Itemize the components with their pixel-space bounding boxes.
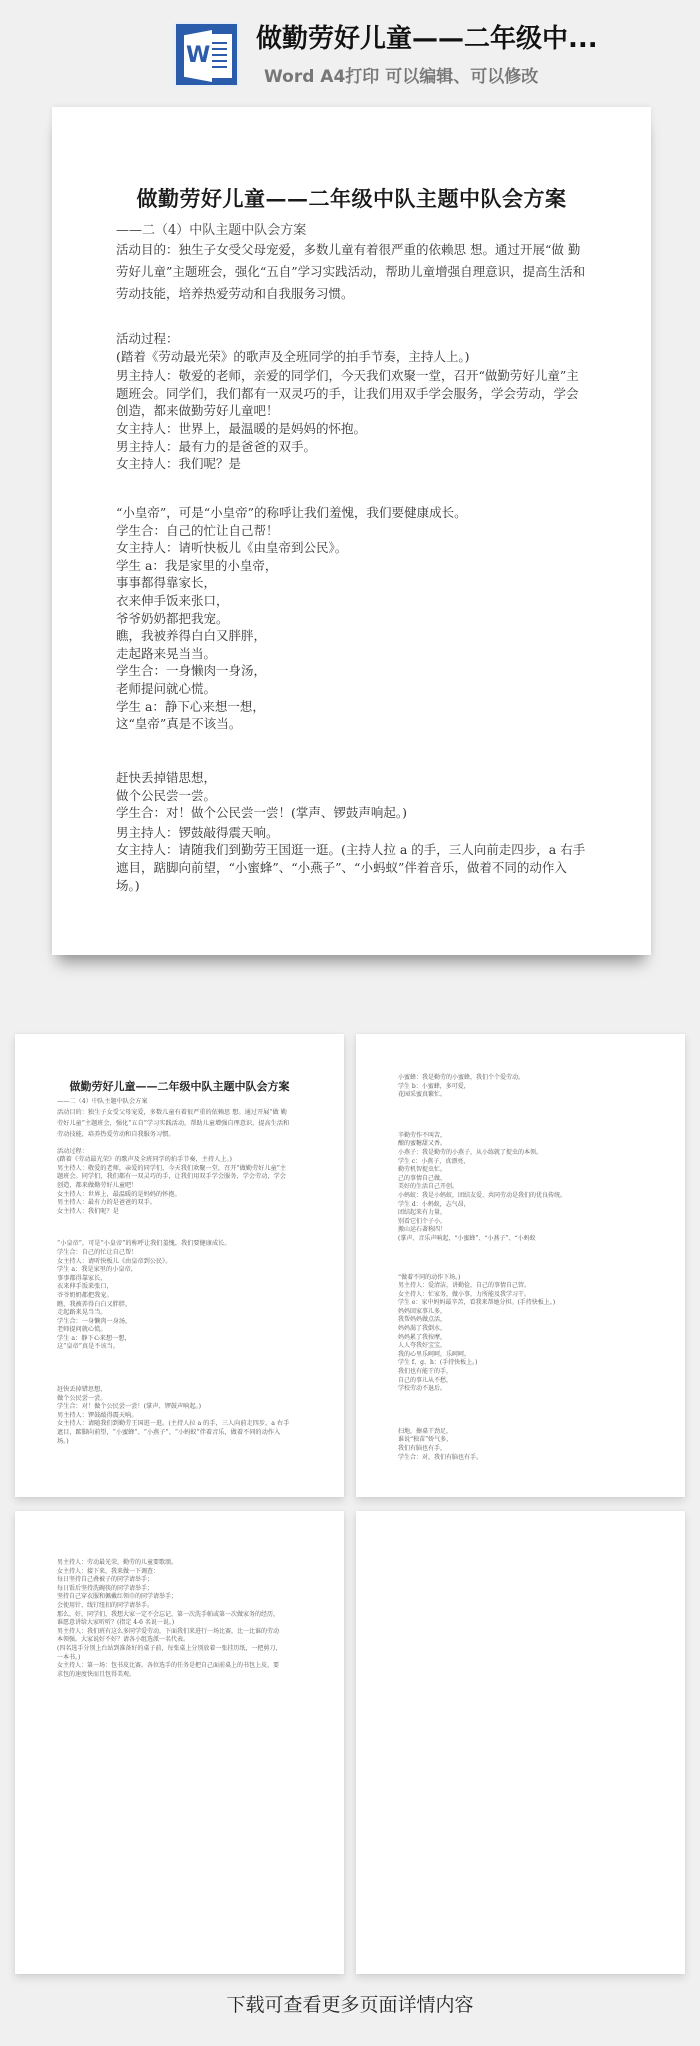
text-line: (踏着《劳动最光荣》的歌声及全班同学的拍手节奏，主持人上。) [116,348,596,366]
text-line: 遮目，踮脚向前望，“小蜜蜂”、“小燕子”、“小蚂蚁”伴着音乐，做着不同的动作入 [116,859,596,877]
emperor-section: “小皇帝”，可是“小皇帝”的称呼让我们羞愧，我们要健康成长。 学生合：自己的忙让… [116,504,596,733]
header: W 做勤劳好儿童——二年级中... Word A4打印 可以编辑、可以修改 [0,0,700,100]
text-line: 场。) [116,877,596,895]
download-more-link[interactable]: 下载可查看更多页面详情内容 [0,1990,700,2017]
thumb-body: 小蜜蜂：我是勤劳的小蜜蜂，我们个个爱劳动。 学生 b：小蜜蜂，多可爱， 花园采蜜… [398,1074,648,1462]
text-line: 爷爷奶奶都把我宠。 [116,610,596,628]
thumbnail-page-2[interactable]: 小蜜蜂：我是勤劳的小蜜蜂，我们个个爱劳动。 学生 b：小蜜蜂，多可爱， 花园采蜜… [356,1034,685,1497]
text-line: 女主持人：我们呢？是 [116,455,596,473]
thumb-body: 男主持人：劳动最光荣，勤劳的儿童要歌颂。 女主持人：接下来，我来做一下调查： 每… [57,1559,317,1679]
doc-heading: 做勤劳好儿童——二年级中队主题中队会方案 [52,183,651,213]
purpose-paragraph: 活动目的：独生子女受父母宠爱，多数儿童有着很严重的依赖思 想。通过开展“做 勤 … [116,239,596,305]
text-line: 瞧，我被养得白白又胖胖， [116,627,596,645]
text-line: 题班会。同学们，我们都有一双灵巧的手，让我们用双手学会服务，学会劳动，学会 [116,385,596,403]
text-line: 男主持人：敬爱的老师，亲爱的同学们，今天我们欢聚一堂，召开“做勤劳好儿童”主 [116,367,596,385]
thumb-heading: 做勤劳好儿童——二年级中队主题中队会方案 [15,1078,344,1094]
document-format-note: Word A4打印 可以编辑、可以修改 [264,62,538,87]
text-line: 学生 a：我是家里的小皇帝， [116,557,596,575]
main-page-preview: 做勤劳好儿童——二年级中队主题中队会方案 ——二（4）中队主题中队会方案 活动目… [52,107,651,955]
text-line: 劳好儿童”主题班会，强化“五自”学习实践活动，帮助儿童增强自理意识，提高生活和 [116,261,596,283]
document-title[interactable]: 做勤劳好儿童——二年级中... [256,18,598,55]
text-line: 学生 a：静下心来想一想， [116,698,596,716]
text-line: 学生合：自己的忙让自己帮！ [116,522,596,540]
citizen-section: 赶快丢掉错思想， 做个公民尝一尝。 学生合：对！做个公民尝一尝！(掌声、锣鼓声响… [116,769,596,894]
text-line: 事事都得靠家长， [116,574,596,592]
text-line: 这“皇帝”真是不该当。 [116,715,596,733]
thumb-body: ——二（4）中队主题中队会方案 活动目的：独生子女受父母宠爱，多数儿童有着很严重… [57,1098,307,1446]
thumbnail-page-4[interactable] [356,1511,685,1974]
text-line: 衣来伸手饭来张口， [116,592,596,610]
text-line: 男主持人：最有力的是爸爸的双手。 [116,438,596,456]
doc-subheading: ——二（4）中队主题中队会方案 [116,219,306,238]
process-section: 活动过程： (踏着《劳动最光荣》的歌声及全班同学的拍手节奏，主持人上。) 男主持… [116,330,596,473]
thumbnail-page-3[interactable]: 男主持人：劳动最光荣，勤劳的儿童要歌颂。 女主持人：接下来，我来做一下调查： 每… [15,1511,344,1974]
text-line: 学生合：对！做个公民尝一尝！(掌声、锣鼓声响起。) [116,804,596,822]
word-doc-icon: W [174,22,239,87]
text-line: 劳动技能，培养热爱劳动和自我服务习惯。 [116,283,596,305]
text-line: 男主持人：锣鼓敲得震天响。 [116,824,596,842]
text-line: 活动目的：独生子女受父母宠爱，多数儿童有着很严重的依赖思 想。通过开展“做 勤 [116,239,596,261]
text-line: “小皇帝”，可是“小皇帝”的称呼让我们羞愧，我们要健康成长。 [116,504,596,522]
text-line: 女主持人：请随我们到勤劳王国逛一逛。(主持人拉 a 的手，三人向前走四步，a 右… [116,841,596,859]
text-line: 做个公民尝一尝。 [116,787,596,805]
thumbnail-page-1[interactable]: 做勤劳好儿童——二年级中队主题中队会方案 ——二（4）中队主题中队会方案 活动目… [15,1034,344,1497]
text-line: 老师提问就心慌。 [116,680,596,698]
text-line: 走起路来晃当当。 [116,645,596,663]
text-line: 学生合：一身懒肉一身汤， [116,662,596,680]
text-line: 活动过程： [116,330,596,348]
text-line: 女主持人：世界上，最温暖的是妈妈的怀抱。 [116,420,596,438]
word-letter: W [186,44,210,68]
text-line: 女主持人：请听快板儿《由皇帝到公民》。 [116,539,596,557]
text-line: 赶快丢掉错思想， [116,769,596,787]
text-line: 创造，都来做勤劳好儿童吧！ [116,402,596,420]
